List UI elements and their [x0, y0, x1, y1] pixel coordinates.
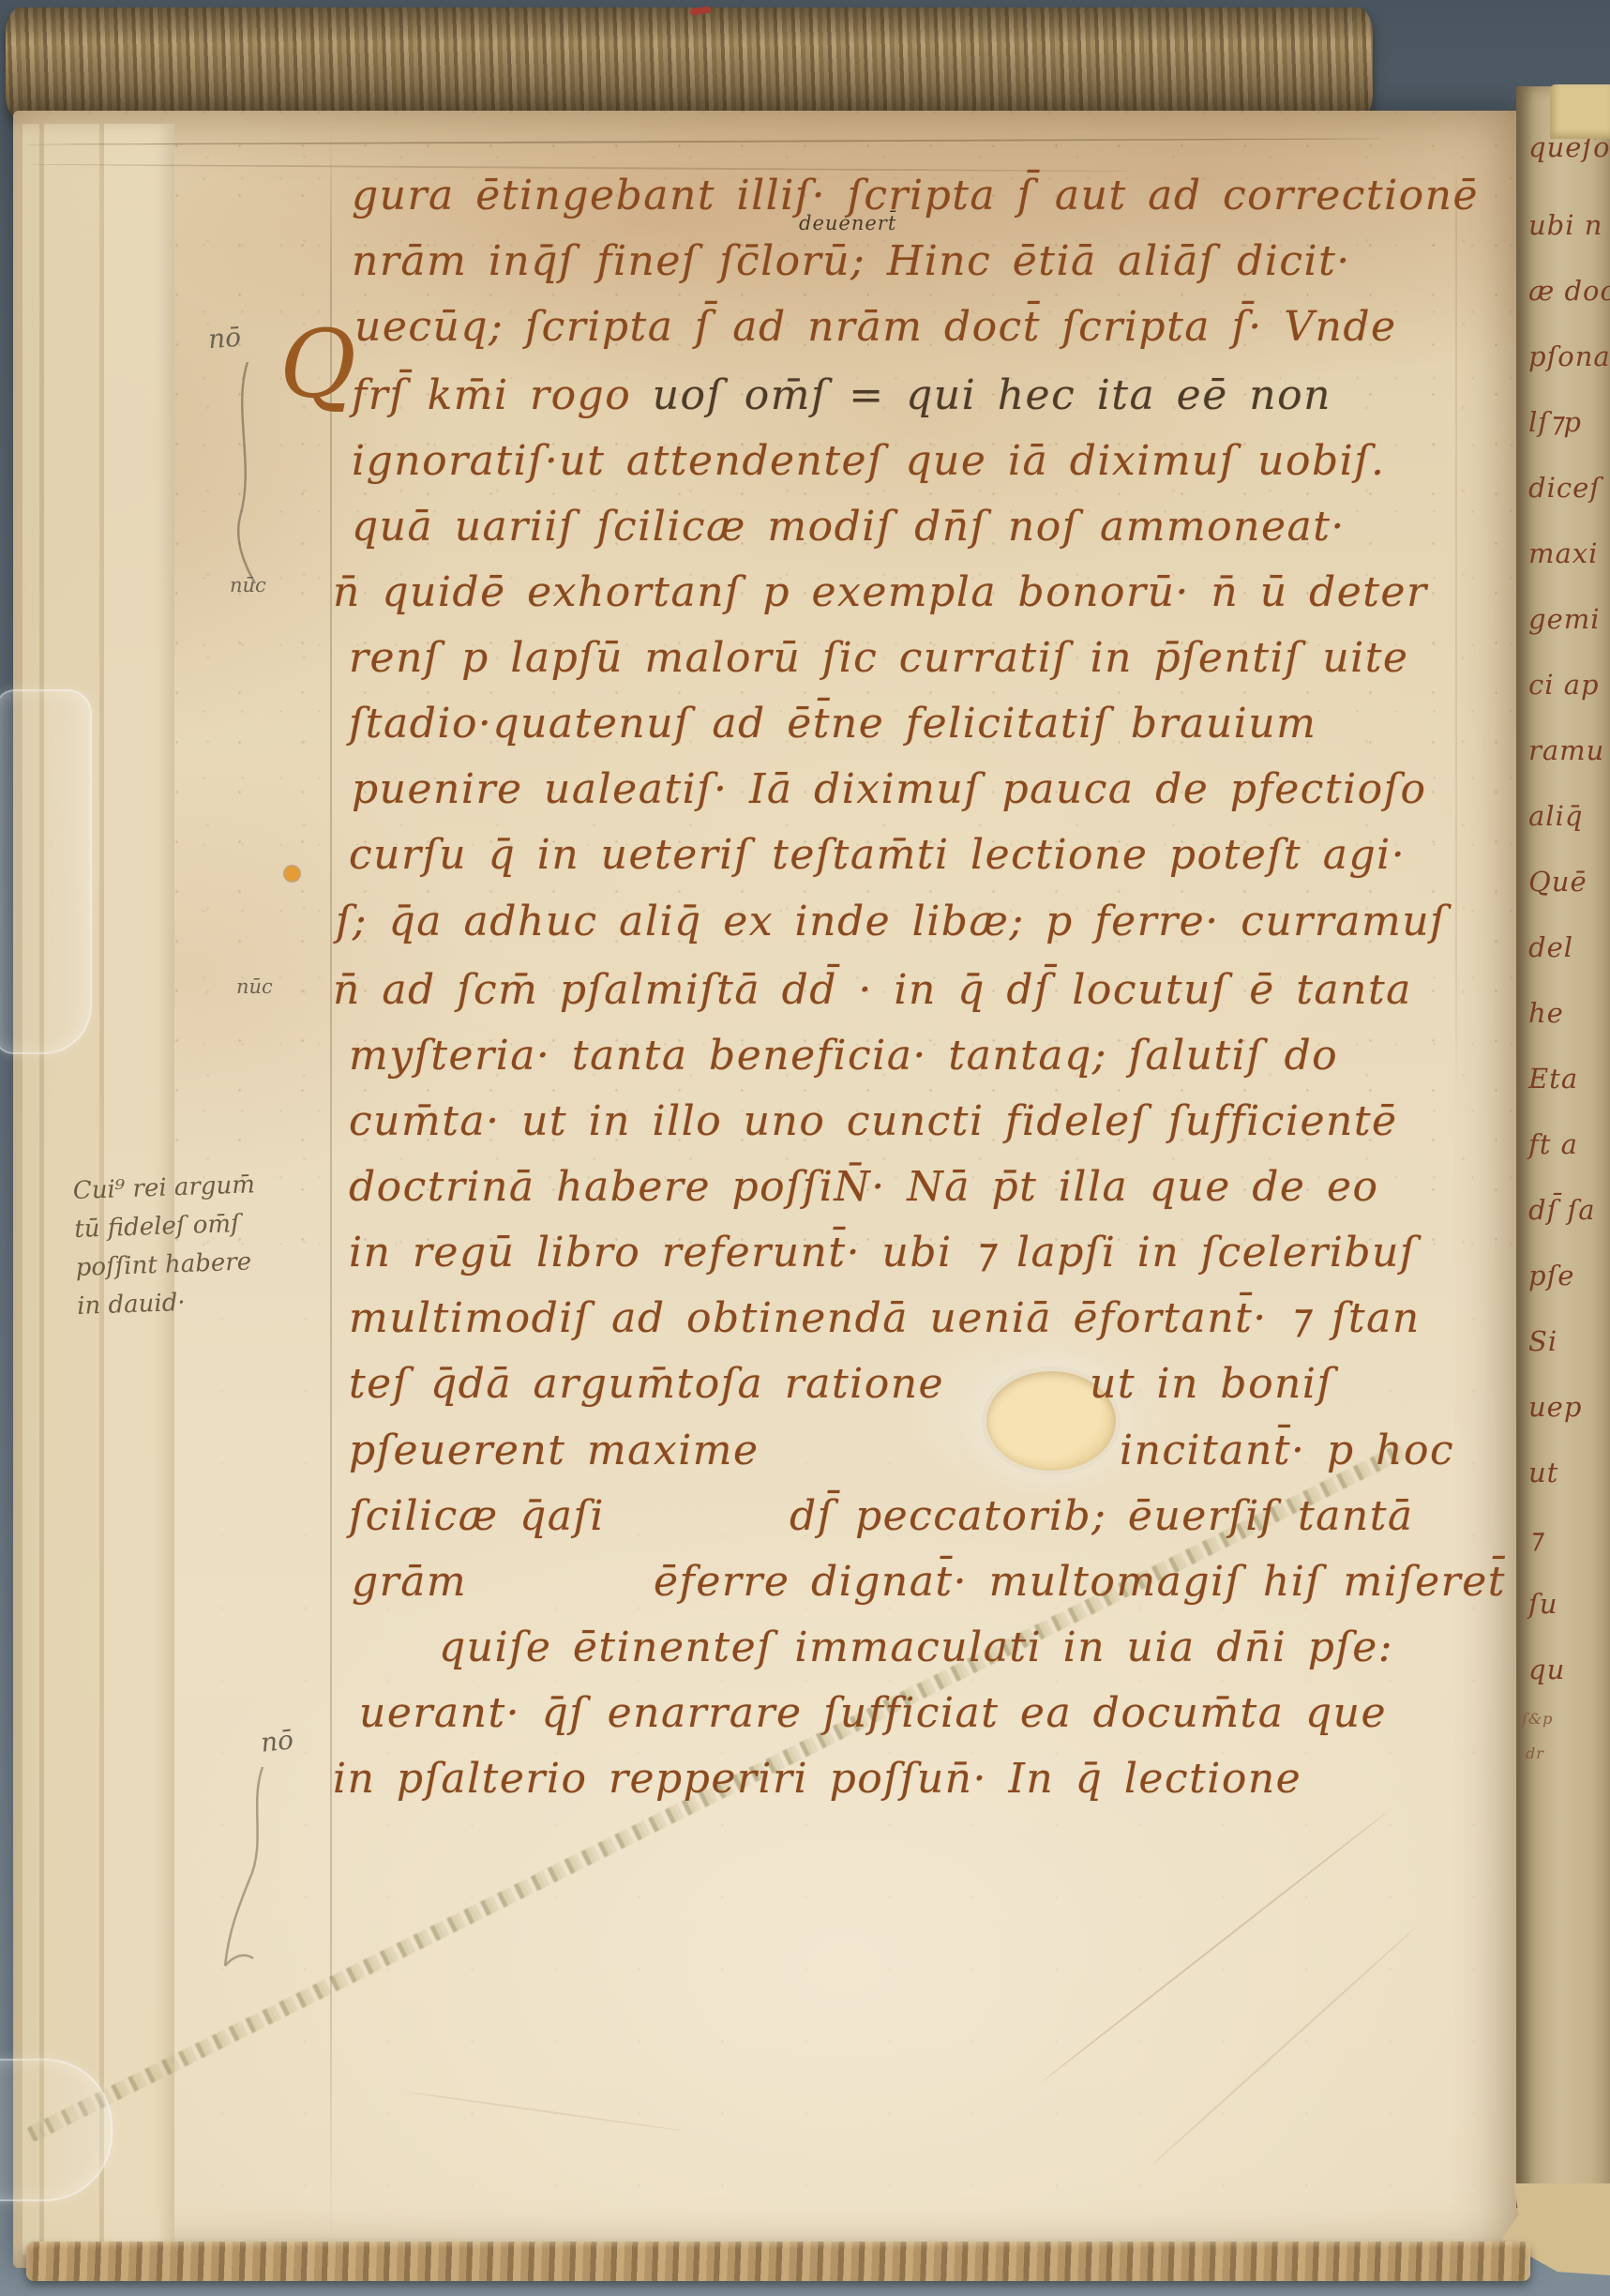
- margin-note-no: nō: [259, 1724, 294, 1758]
- text-line: myſteria· tanta beneficia· tantaq; ſalut…: [349, 1032, 1338, 1080]
- line-text: myſteria· tanta beneficia· tantaq; ſalut…: [349, 1032, 1338, 1080]
- glass-page-weight: [0, 689, 92, 1054]
- text-line: n̄ quidē exhortanſ p exempla bonorū· n̄ …: [333, 568, 1428, 616]
- text-line: multimodiſ ad obtinendā ueniā ēfortant̄·…: [349, 1294, 1421, 1342]
- line-text: renſ p lapſū malorū ſic curratiſ in p̄ſe…: [349, 634, 1408, 682]
- margin-flourish: [221, 1767, 278, 1973]
- text-line: puenire ualeatiſ· Iā diximuſ pauca de pf…: [352, 765, 1426, 813]
- line-text: nrām inq̄ſ fineſ ſc̄lorū; Hinc ētiā aliā…: [352, 237, 1351, 285]
- margin-note-no: nō: [207, 322, 242, 355]
- text-line: ſtadio·quatenuſ ad ēt̄ne felicitatiſ bra…: [349, 700, 1317, 748]
- text-line: renſ p lapſū malorū ſic curratiſ in p̄ſe…: [349, 634, 1408, 682]
- margin-note-nunc: nūc: [236, 975, 273, 998]
- text-line: quiſe ētinenteſ immaculati in uia dn̄i p…: [439, 1624, 1393, 1671]
- text-line: ſcilicæ q̄aſidſ̄ peccatorib; ēuerſiſ tan…: [349, 1492, 605, 1540]
- line-text: in regū libro referunt̄· ubi ⁊ lapſi in …: [349, 1229, 1417, 1276]
- margin-bracket-flourish: [227, 362, 264, 587]
- line-text: n̄ ad ſcm̄ pſalmiſtā dd̄ · in q̄ dſ̄ loc…: [333, 966, 1412, 1014]
- text-line: grāmēferre dignat̄· multomagiſ hiſ miſer…: [352, 1558, 467, 1606]
- text-line: uerant· q̄ſ enarrare ſufficiat ea docum̄…: [359, 1689, 1387, 1737]
- text-line: doctrinā habere poſſiN̄· Nā p̄t illa que…: [349, 1163, 1379, 1211]
- text-line: gura ētingebant illiſ· ſcripta ſ̄ aut ad…: [352, 172, 1479, 219]
- line-text: n̄ quidē exhortanſ p exempla bonorū· n̄ …: [333, 568, 1428, 616]
- line-text: frſ̄ km̄i rogo: [352, 371, 653, 419]
- text-line: teſ q̄dā argum̄toſa rationeut in boniſ: [349, 1360, 944, 1408]
- line-text-after-seam: dſ̄ peccatorib; ēuerſiſ tantā: [790, 1492, 1414, 1540]
- line-text: puenire ualeatiſ· Iā diximuſ pauca de pf…: [352, 765, 1426, 813]
- side-note-line: in dauid·: [77, 1280, 293, 1326]
- line-text: ſ; q̄a adhuc aliq̄ ex inde libæ; p ferre…: [336, 898, 1447, 945]
- line-text: ſtadio·quatenuſ ad ēt̄ne felicitatiſ bra…: [349, 700, 1317, 748]
- drop-initial-Q: Q: [279, 310, 356, 419]
- text-line: uecūq; ſcripta ſ̄ ad nrām doct̄ ſcripta …: [354, 303, 1397, 351]
- line-text: gura ētingebant illiſ· ſcripta ſ̄ aut ad…: [352, 172, 1479, 219]
- line-text: uecūq; ſcripta ſ̄ ad nrām doct̄ ſcripta …: [354, 303, 1397, 351]
- line-text: grām: [352, 1558, 467, 1606]
- text-line: in pſalterio repperiri poſſun̄· In q̄ le…: [333, 1755, 1302, 1803]
- line-text: ſcilicæ q̄aſi: [349, 1492, 605, 1540]
- text-line: nrām inq̄ſ fineſ ſc̄lorū; Hinc ētiā aliā…: [352, 237, 1351, 285]
- text-line: pſeuerent maximeincitant̄· p hoc: [349, 1427, 760, 1474]
- line-text: teſ q̄dā argum̄toſa ratione: [349, 1360, 944, 1408]
- text-line: ſ; q̄a adhuc aliq̄ ex inde libæ; p ferre…: [336, 898, 1447, 945]
- gilt-dot: [285, 867, 299, 881]
- text-line: n̄ ad ſcm̄ pſalmiſtā dd̄ · in q̄ dſ̄ loc…: [333, 966, 1412, 1014]
- line-text-dark-ink: uoſ om̄ſ = qui hec ita eē non: [653, 371, 1332, 419]
- line-text: uerant· q̄ſ enarrare ſufficiat ea docum̄…: [359, 1689, 1387, 1737]
- line-text: in pſalterio repperiri poſſun̄· In q̄ le…: [333, 1755, 1302, 1803]
- line-text-after-hole: ut in boniſ: [1090, 1360, 1333, 1408]
- text-line: frſ̄ km̄i rogo uoſ om̄ſ = qui hec ita eē…: [352, 371, 1332, 419]
- text-line: cum̄ta· ut in illo uno cuncti fideleſ ſu…: [349, 1097, 1398, 1145]
- line-text: ignoratiſ·ut attendenteſ que iā diximuſ …: [352, 437, 1386, 485]
- line-text: quā uariiſ ſcilicæ modiſ dn̄ſ noſ ammone…: [352, 503, 1346, 551]
- text-line: in regū libro referunt̄· ubi ⁊ lapſi in …: [349, 1229, 1417, 1276]
- line-text-after-seam: ēferre dignat̄· multomagiſ hiſ miſeret̄: [654, 1558, 1506, 1606]
- line-text: pſeuerent maxime: [349, 1427, 760, 1474]
- text-line: curſu q̄ in ueteriſ teſtam̄ti lectione p…: [349, 831, 1406, 879]
- line-text: doctrinā habere poſſiN̄· Nā p̄t illa que…: [349, 1163, 1379, 1211]
- line-text: multimodiſ ad obtinendā ueniā ēfortant̄·…: [349, 1294, 1421, 1342]
- line-text: quiſe ētinenteſ immaculati in uia dn̄i p…: [439, 1624, 1393, 1671]
- text-line: ignoratiſ·ut attendenteſ que iā diximuſ …: [352, 437, 1386, 485]
- line-text-after-hole: incitant̄· p hoc: [1120, 1427, 1454, 1474]
- text-line: quā uariiſ ſcilicæ modiſ dn̄ſ noſ ammone…: [352, 503, 1346, 551]
- line-text: curſu q̄ in ueteriſ teſtam̄ti lectione p…: [349, 831, 1406, 879]
- margin-note-nunc: nūc: [230, 574, 266, 597]
- line-text: cum̄ta· ut in illo uno cuncti fideleſ ſu…: [349, 1097, 1398, 1145]
- margin-side-note: Cui⁹ rei argum̄ tū fideleſ om̄ſ poſſint …: [72, 1165, 293, 1326]
- manuscript-photo: queſo ubi n æ doc pſona lſ⁊p diceſ maxi …: [0, 0, 1610, 2296]
